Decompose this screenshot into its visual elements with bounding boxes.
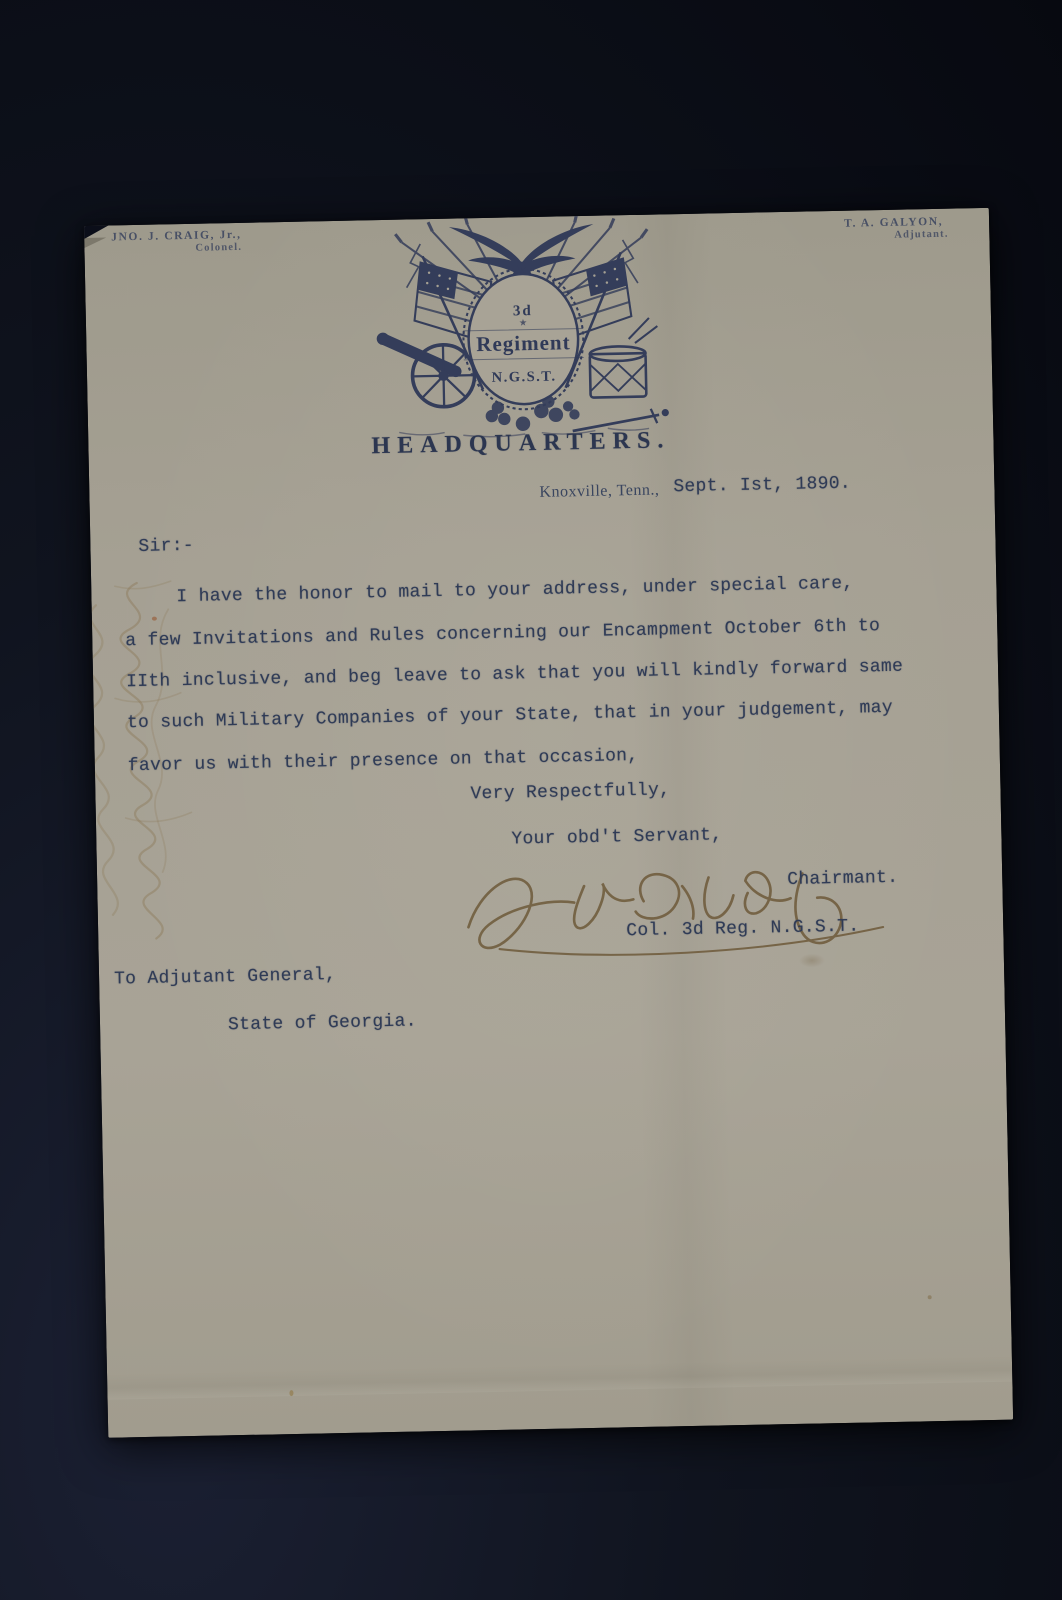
printed-place: Knoxville, Tenn., [539, 482, 659, 502]
typed-date: Sept. Ist, 1890. [673, 474, 851, 498]
ink-smudge [799, 953, 825, 968]
recipient-line-2: State of Georgia. [228, 1011, 417, 1035]
letter-paper: JNO. J. CRAIG, Jr., Colonel. T. A. GALYO… [84, 208, 1013, 1438]
officer-right-title: Adjutant. [894, 229, 948, 241]
signature-title-chairman: Chairmant. [787, 868, 898, 890]
letter-body: I have the honor to mail to your address… [124, 561, 958, 788]
officer-left-title: Colonel. [195, 242, 242, 254]
salutation: Sir:- [138, 536, 194, 557]
horizontal-fold-crease [107, 1356, 1012, 1400]
foxing-speck [289, 1390, 293, 1396]
drum-icon [589, 318, 659, 398]
closing-respectfully: Very Respectfully, [470, 780, 670, 804]
dateline: Knoxville, Tenn., Sept. Ist, 1890. [89, 471, 994, 489]
signature [453, 849, 935, 969]
closing-servant: Your obd't Servant, [511, 825, 722, 849]
recipient-line-1: To Adjutant General, [114, 965, 336, 989]
corner-fold-shadow [84, 238, 106, 248]
letterhead-officer-right: T. A. GALYON, Adjutant. [844, 216, 949, 242]
foxing-speck [928, 1295, 932, 1299]
letterhead-officer-left: JNO. J. CRAIG, Jr., Colonel. [111, 229, 242, 256]
emblem-regiment-label: Regiment [463, 328, 584, 360]
star-icon: ★ [488, 318, 558, 328]
emblem-ngst-label: N.G.S.T. [479, 368, 569, 387]
officer-right-name: T. A. GALYON, [844, 216, 943, 230]
